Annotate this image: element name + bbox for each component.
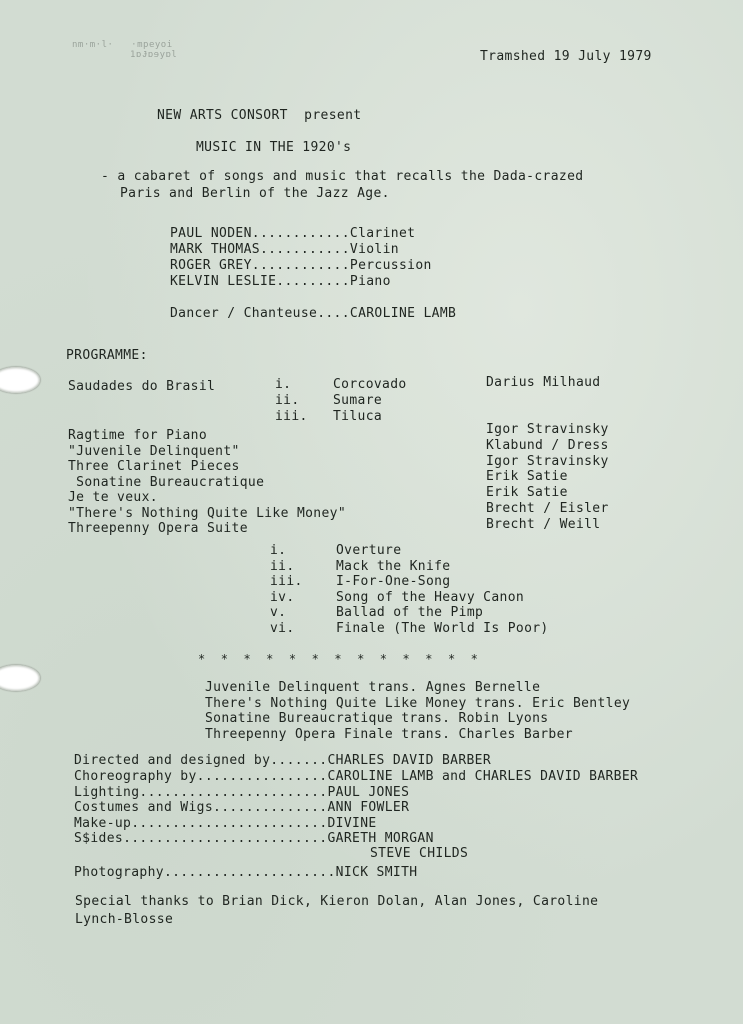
cast-name: MARK THOMAS	[170, 242, 260, 257]
piece-composer: Erik Satie	[486, 485, 568, 500]
credit-role: Lighting	[74, 785, 139, 800]
page-title: MUSIC IN THE 1920's	[196, 140, 351, 155]
credit-line: Directed and designed by.......CHARLES D…	[74, 753, 491, 768]
dancer-line: Dancer / Chanteuse....CAROLINE LAMB	[170, 306, 456, 321]
tagline: - a cabaret of songs and music that reca…	[101, 169, 583, 184]
movement-number: iv.	[270, 590, 295, 605]
credit-name: ANN FOWLER	[328, 800, 410, 815]
piece-composer: Klabund / Dress	[486, 438, 609, 453]
ghost-text: nm·m·l· ·mpeyoi	[72, 40, 173, 50]
presenter: NEW ARTS CONSORT present	[157, 108, 361, 123]
credit-name: STEVE CHILDS	[370, 846, 468, 861]
piece-title: "There's Nothing Quite Like Money"	[68, 506, 346, 521]
movement-title: Finale (The World Is Poor)	[336, 621, 549, 636]
movement-number: ii.	[270, 559, 295, 574]
leader-dots: ........................	[131, 816, 327, 831]
leader-dots: .....................	[164, 865, 336, 880]
leader-dots: ...........	[260, 242, 350, 257]
movement: ii.Mack the Knife	[270, 559, 295, 574]
tagline: Paris and Berlin of the Jazz Age.	[120, 186, 390, 201]
dancer-label: Dancer / Chanteuse	[170, 306, 317, 321]
leader-dots: ............	[252, 258, 350, 273]
credit-line: Photography.....................NICK SMI…	[74, 865, 417, 880]
movement-title: Corcovado	[333, 377, 407, 392]
translation-line: Threepenny Opera Finale trans. Charles B…	[205, 727, 573, 742]
piece-composer: Igor Stravinsky	[486, 422, 609, 437]
special-thanks: Special thanks to Brian Dick, Kieron Dol…	[75, 894, 598, 909]
piece-title: Three Clarinet Pieces	[68, 459, 240, 474]
credit-line: S$ides.........................GARETH MO…	[74, 831, 434, 846]
movement-number: ii.	[275, 393, 300, 408]
cast-member: ROGER GREY............Percussion	[170, 258, 432, 273]
cast-name: PAUL NODEN	[170, 226, 252, 241]
dancer-name: CAROLINE LAMB	[350, 306, 456, 321]
movement-number: iii.	[275, 409, 308, 424]
leader-dots: ................	[197, 769, 328, 784]
cast-instrument: Percussion	[350, 258, 432, 273]
piece-title: Je te veux.	[68, 490, 158, 505]
movement: iii.I-For-One-Song	[270, 574, 303, 589]
cast-member: KELVIN LESLIE.........Piano	[170, 274, 391, 289]
movement-number: vi.	[270, 621, 295, 636]
movement-title: Overture	[336, 543, 401, 558]
leader-dots: .......	[270, 753, 327, 768]
piece-title: Saudades do Brasil	[68, 379, 215, 394]
punch-hole-top	[0, 367, 40, 393]
leader-dots: ............	[252, 226, 350, 241]
piece-composer: Brecht / Eisler	[486, 501, 609, 516]
piece-composer: Darius Milhaud	[486, 375, 600, 390]
movement-title: Sumare	[333, 393, 382, 408]
movement: i.Overture	[270, 543, 286, 558]
piece-composer: Erik Satie	[486, 469, 568, 484]
movement-number: i.	[275, 377, 291, 392]
piece-title: Je te veux.	[68, 490, 158, 505]
leader-dots: .........................	[123, 831, 327, 846]
programme-heading: PROGRAMME:	[66, 348, 148, 363]
piece-title: Threepenny Opera Suite	[68, 521, 248, 536]
piece-title: Sonatine Bureaucratique	[68, 475, 264, 490]
credit-line: Choreography by................CAROLINE …	[74, 769, 638, 784]
translation-line: Juvenile Delinquent trans. Agnes Bernell…	[205, 680, 540, 695]
cast-member: PAUL NODEN............Clarinet	[170, 226, 415, 241]
piece-composer: Brecht / Eisler	[486, 501, 609, 516]
credit-name: DIVINE	[328, 816, 377, 831]
movement: ii.Sumare	[275, 393, 300, 408]
piece-composer: Erik Satie	[486, 485, 568, 500]
piece-title: "Juvenile Delinquent"	[68, 444, 240, 459]
translation-line: There's Nothing Quite Like Money trans. …	[205, 696, 630, 711]
piece-composer: Igor Stravinsky	[486, 454, 609, 469]
cast-name: ROGER GREY	[170, 258, 252, 273]
translation-text: There's Nothing Quite Like Money trans. …	[205, 696, 630, 711]
credit-name: GARETH MORGAN	[327, 831, 433, 846]
piece-title: "Juvenile Delinquent"	[68, 444, 240, 459]
piece-title: Sonatine Bureaucratique	[68, 475, 264, 490]
credit-role: Costumes and Wigs	[74, 800, 213, 815]
cast-name: KELVIN LESLIE	[170, 274, 276, 289]
movement: i.Corcovado	[275, 377, 291, 392]
piece-composer: Erik Satie	[486, 469, 568, 484]
movement: vi.Finale (The World Is Poor)	[270, 621, 295, 636]
credit-name: PAUL JONES	[328, 785, 410, 800]
movement: iv.Song of the Heavy Canon	[270, 590, 295, 605]
credit-role: Photography	[74, 865, 164, 880]
piece-composer: Igor Stravinsky	[486, 454, 609, 469]
movement-title: Mack the Knife	[336, 559, 450, 574]
leader-dots: ..............	[213, 800, 327, 815]
translation-line: Sonatine Bureaucratique trans. Robin Lyo…	[205, 711, 548, 726]
credit-name: CAROLINE LAMB and CHARLES DAVID BARBER	[327, 769, 638, 784]
credit-name: NICK SMITH	[336, 865, 418, 880]
piece-title: Threepenny Opera Suite	[68, 521, 248, 536]
credit-role: Make-up	[74, 816, 131, 831]
translation-text: Juvenile Delinquent trans. Agnes Bernell…	[205, 680, 540, 695]
leader-dots: .........	[276, 274, 350, 289]
movement-number: v.	[270, 605, 286, 620]
piece-title: "There's Nothing Quite Like Money"	[68, 506, 346, 521]
piece-title: Three Clarinet Pieces	[68, 459, 240, 474]
paper-sheet: nm·m·l· ·mpeyoi 1ɒɈɒɘyɒl Tramshed 19 Jul…	[0, 0, 743, 1024]
credit-line: Lighting.......................PAUL JONE…	[74, 785, 409, 800]
credit-role: Directed and designed by	[74, 753, 270, 768]
piece-composer: Klabund / Dress	[486, 438, 609, 453]
movement-title: I-For-One-Song	[336, 574, 450, 589]
cast-instrument: Clarinet	[350, 226, 415, 241]
piece-composer: Igor Stravinsky	[486, 422, 609, 437]
piece-composer: Brecht / Weill	[486, 517, 600, 532]
translation-text: Sonatine Bureaucratique trans. Robin Lyo…	[205, 711, 548, 726]
divider-asterisks: * * * * * * * * * * * * *	[198, 652, 478, 667]
cast-member: MARK THOMAS...........Violin	[170, 242, 399, 257]
translation-text: Threepenny Opera Finale trans. Charles B…	[205, 727, 573, 742]
credit-line: Make-up........................DIVINE	[74, 816, 377, 831]
credit-role: S$ides	[74, 831, 123, 846]
movement-number: iii.	[270, 574, 303, 589]
credit-line: Costumes and Wigs..............ANN FOWLE…	[74, 800, 409, 815]
ghost-text: 1ɒɈɒɘyɒl	[130, 50, 177, 60]
leader-dots: .......................	[139, 785, 327, 800]
movement: iii.Tiluca	[275, 409, 308, 424]
credit-name: CHARLES DAVID BARBER	[328, 753, 492, 768]
leader-dots: ....	[317, 306, 350, 321]
cast-instrument: Piano	[350, 274, 391, 289]
special-thanks: Lynch-Blosse	[75, 912, 173, 927]
movement-title: Ballad of the Pimp	[336, 605, 483, 620]
piece-title: Ragtime for Piano	[68, 428, 207, 443]
movement: v.Ballad of the Pimp	[270, 605, 286, 620]
credit-line: STEVE CHILDS	[370, 846, 468, 861]
movement-title: Tiluca	[333, 409, 382, 424]
piece-composer: Brecht / Weill	[486, 517, 600, 532]
piece-title: Ragtime for Piano	[68, 428, 207, 443]
movement-title: Song of the Heavy Canon	[336, 590, 524, 605]
punch-hole-bottom	[0, 665, 40, 691]
venue-date: Tramshed 19 July 1979	[480, 49, 652, 64]
credit-role: Choreography by	[74, 769, 197, 784]
cast-instrument: Violin	[350, 242, 399, 257]
movement-number: i.	[270, 543, 286, 558]
